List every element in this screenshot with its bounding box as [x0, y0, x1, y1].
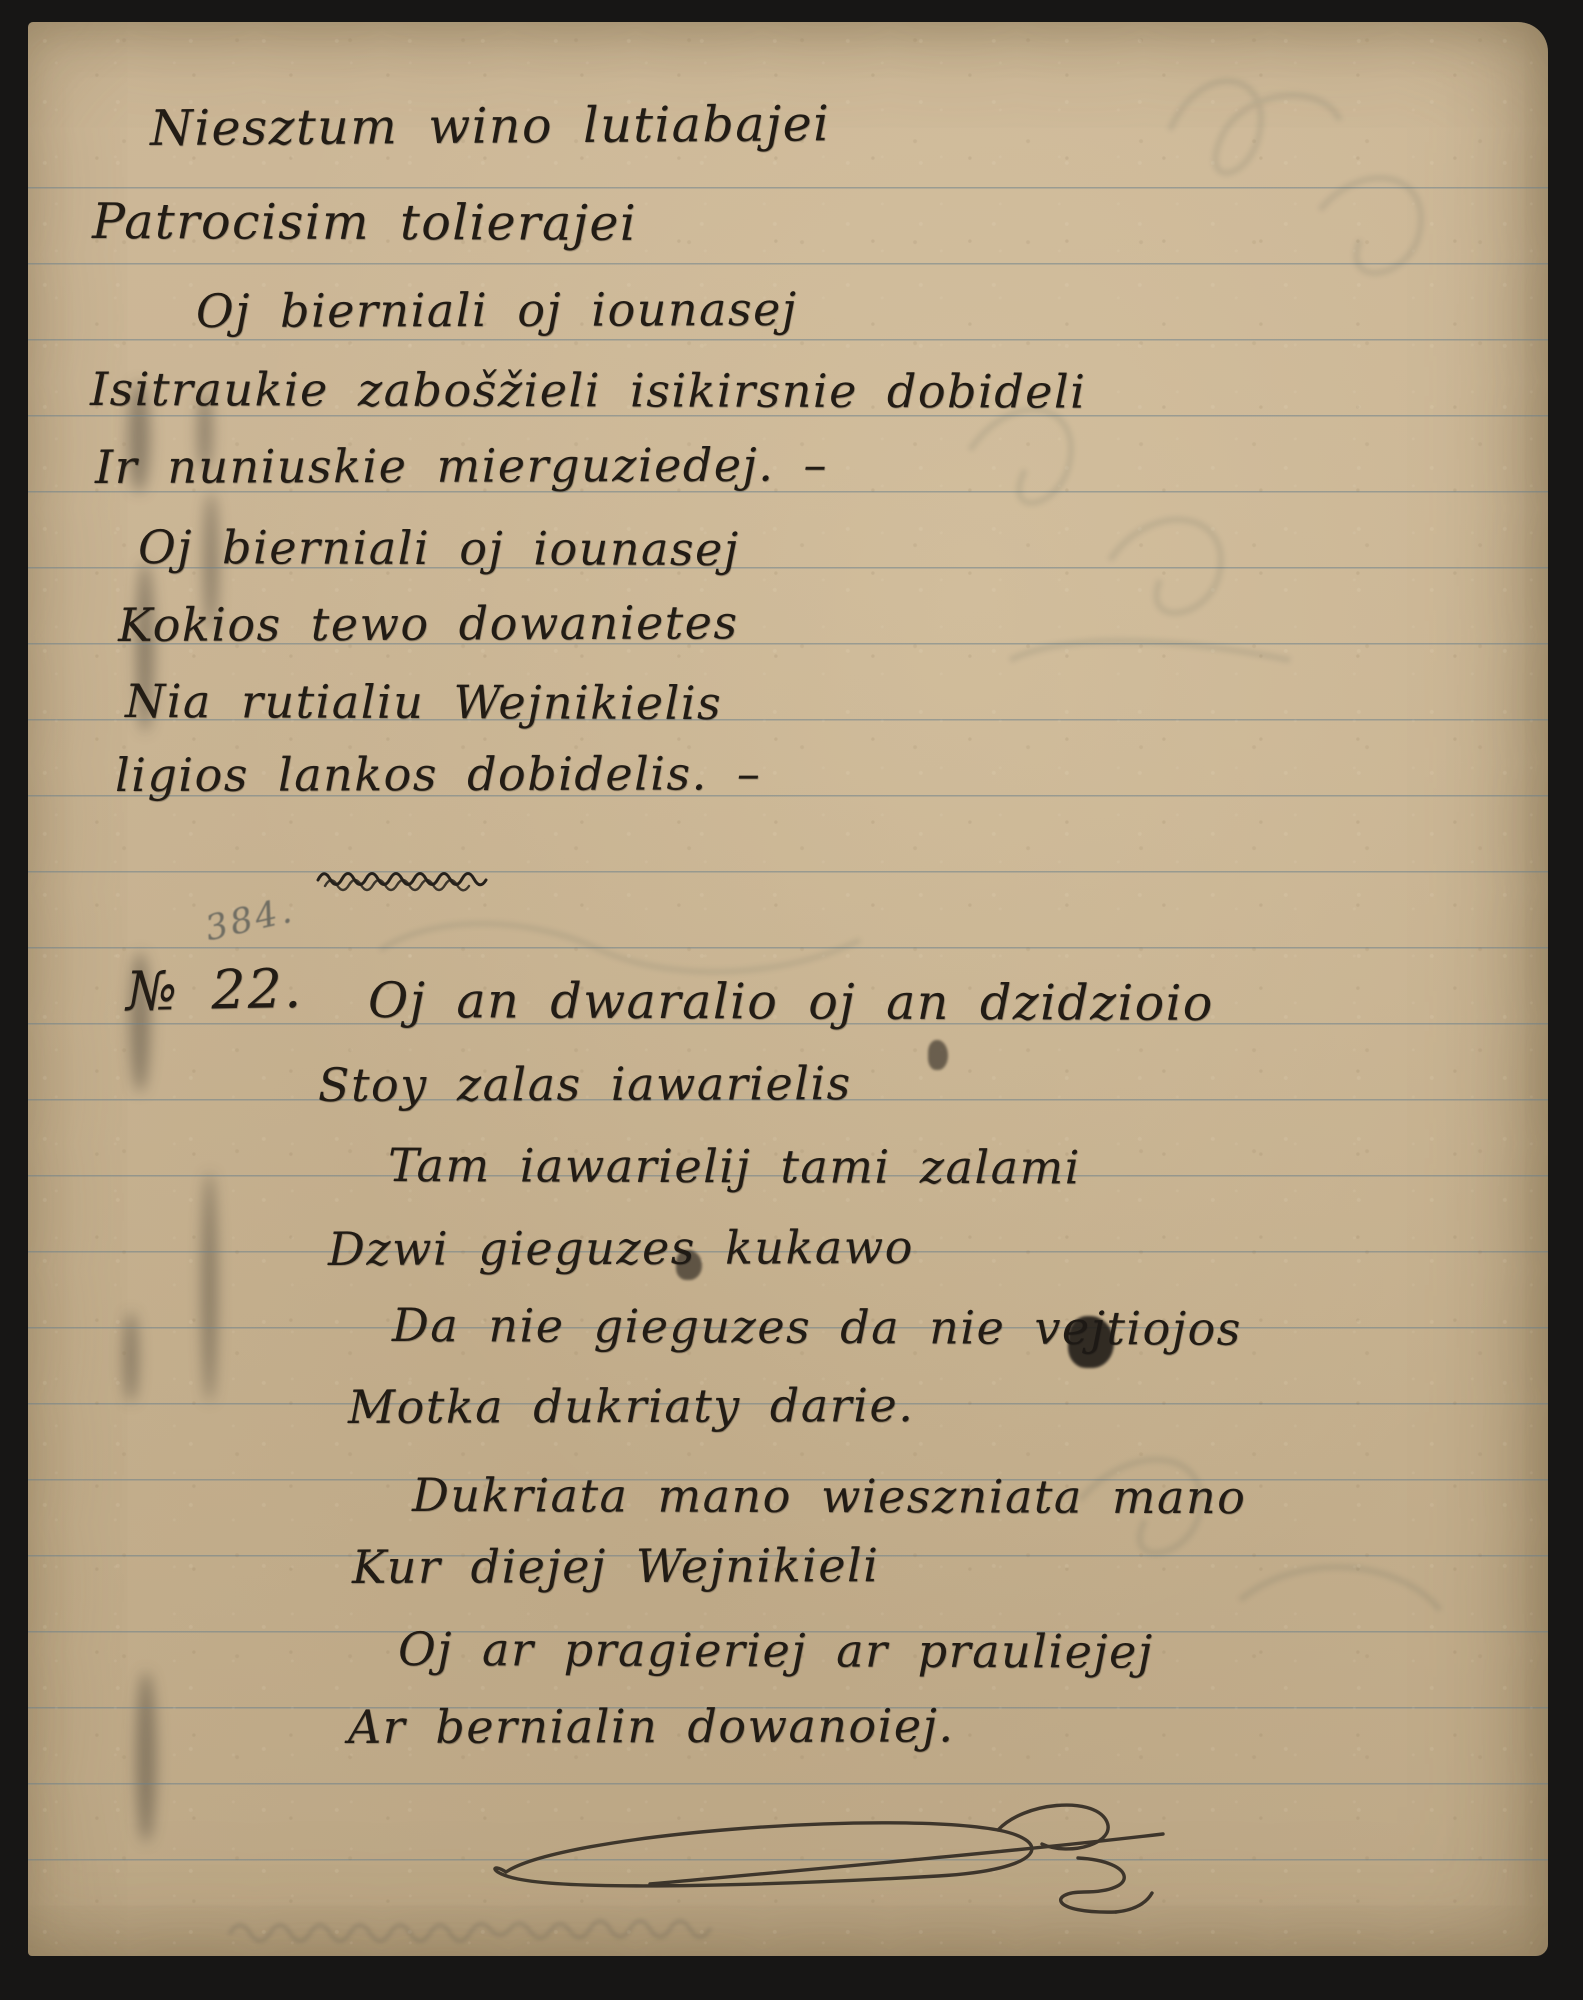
ink-blot — [676, 1250, 702, 1280]
binding-smudge — [202, 1172, 217, 1402]
binding-smudge — [124, 1312, 138, 1402]
handwritten-line: Da nie gieguzes da nie vejtiojos — [392, 1298, 1242, 1356]
song-number: № 22. — [125, 957, 303, 1023]
handwritten-line: Tam iawarielij tami zalami — [388, 1138, 1081, 1194]
handwritten-line: Oj bierniali oj iounasej — [196, 282, 798, 338]
handwritten-line: Stoy zalas iawarielis — [318, 1056, 852, 1112]
handwritten-line: Ar bernialin dowanoiej. — [348, 1698, 955, 1754]
handwritten-line: Patrocisim tolierajei — [92, 193, 637, 252]
handwritten-line: Nia rutialiu Wejnikielis — [125, 674, 722, 730]
manuscript-scan: Niesztum wino lutiabajei Patrocisim toli… — [0, 0, 1583, 2000]
handwritten-line: ligios lankos dobidelis. – — [115, 746, 761, 802]
ink-blot — [1068, 1316, 1114, 1368]
ink-bleed-through — [1140, 50, 1470, 334]
handwritten-line: Kur diejej Wejnikieli — [352, 1538, 880, 1594]
ink-bleed-through — [360, 880, 880, 1024]
ink-blot — [928, 1040, 948, 1070]
handwritten-line: Oj bierniali oj iounasej — [138, 520, 740, 576]
ink-bleed-through — [1040, 1400, 1480, 1684]
ink-bleed-through — [930, 360, 1350, 724]
binding-smudge — [136, 1672, 156, 1842]
ink-bleed-through — [225, 1905, 745, 1955]
handwritten-line: Niesztum wino lutiabajei — [150, 95, 831, 157]
handwritten-line: Dzwi gieguzes kukawo — [328, 1220, 914, 1276]
handwritten-line: Motka dukriaty darie. — [348, 1378, 914, 1434]
handwritten-line: Kokios tewo dowanietes — [118, 595, 739, 652]
handwritten-line: Ir nuniuskie mierguziedej. – — [95, 437, 828, 494]
